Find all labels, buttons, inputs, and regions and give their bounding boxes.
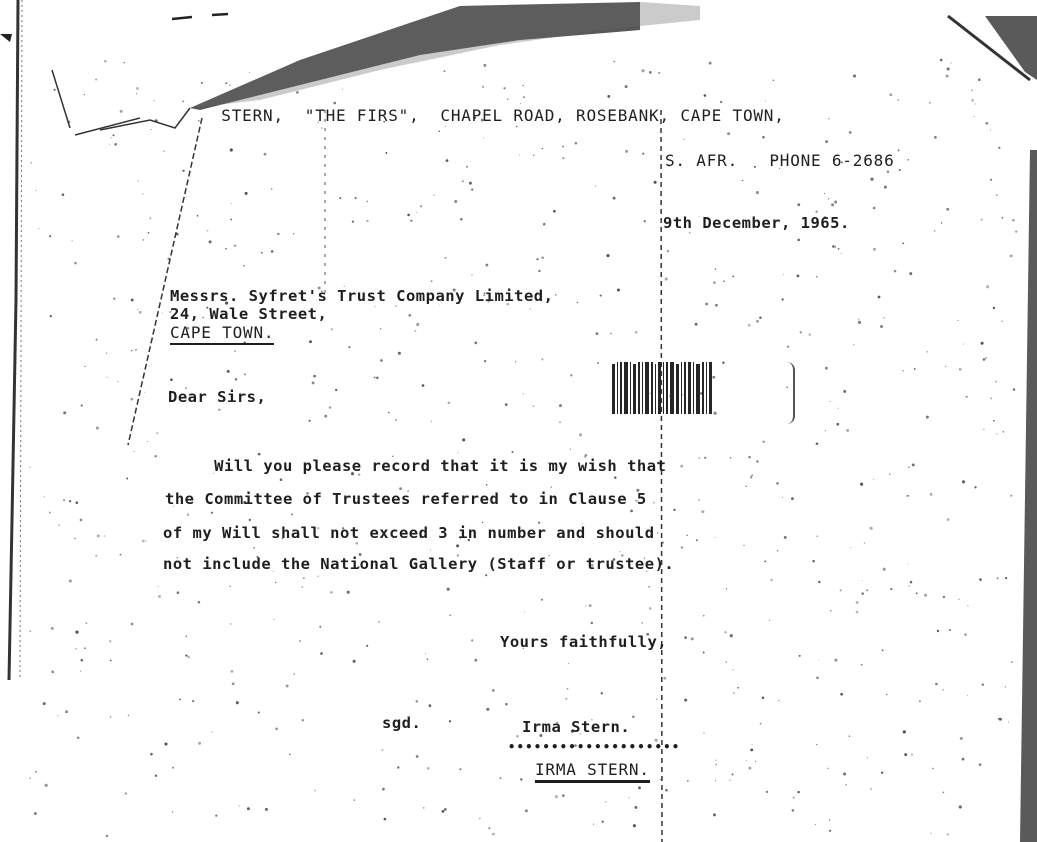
typed-name: IRMA STERN. xyxy=(535,760,650,779)
sgd-label: sgd. xyxy=(382,714,421,732)
closing: Yours faithfully, xyxy=(500,633,667,651)
letter-date: 9th December, 1965. xyxy=(663,214,850,232)
body-line-1: Will you please record that it is my wis… xyxy=(165,457,666,475)
letterhead-line-1: STERN, "THE FIRS", CHAPEL ROAD, ROSEBANK… xyxy=(190,106,785,125)
signed-name: Irma Stern. xyxy=(522,718,630,736)
salutation: Dear Sirs, xyxy=(168,388,266,406)
barcode-bracket xyxy=(785,362,795,424)
recipient-line-3: CAPE TOWN. xyxy=(170,323,274,342)
body-line-2: the Committee of Trustees referred to in… xyxy=(165,490,647,508)
recipient-line-1: Messrs. Syfret's Trust Company Limited, xyxy=(170,287,553,305)
recipient-line-2: 24, Wale Street, xyxy=(170,305,327,323)
typed-name-text: IRMA STERN. xyxy=(535,760,650,783)
barcode-icon xyxy=(612,362,742,414)
letterhead-line-2: S. AFR. PHONE 6-2686 xyxy=(665,151,895,170)
signature-dot-leader: •••••••••••••••••••• xyxy=(508,740,681,754)
body-line-4: not include the National Gallery (Staff … xyxy=(163,555,674,573)
body-line-3: of my Will shall not exceed 3 in number … xyxy=(163,524,655,542)
scan-artifacts xyxy=(0,0,1037,842)
recipient-city: CAPE TOWN. xyxy=(170,323,274,345)
